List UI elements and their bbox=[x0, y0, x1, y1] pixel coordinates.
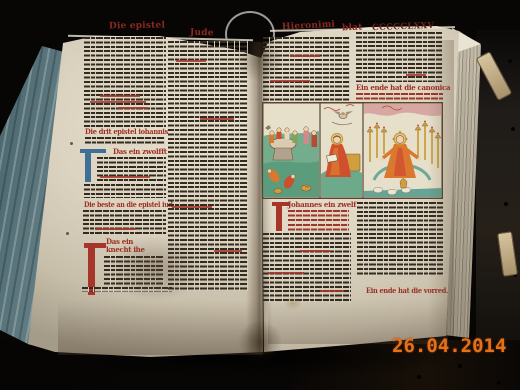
body-text-column bbox=[85, 137, 165, 146]
rubrication-mark bbox=[90, 101, 146, 103]
rubric-third-epistle: Die drit epistel iohannis bbox=[85, 128, 168, 136]
photo-scene: Die epistel Jude Die drit epistel iohann… bbox=[0, 0, 520, 390]
rubrication-mark bbox=[95, 228, 135, 230]
body-text-column bbox=[104, 256, 164, 290]
rubric-gloss-jude: Die beste an die epistel iud bbox=[84, 201, 173, 209]
rubrication-mark bbox=[200, 118, 234, 120]
woodcut-illustration bbox=[262, 102, 443, 199]
running-title-jude: Jude bbox=[190, 28, 214, 39]
pegboard-hole bbox=[504, 202, 508, 206]
rubrication-mark bbox=[118, 107, 148, 109]
camera-date-stamp: 26.04.2014 bbox=[392, 335, 514, 357]
page-bottom-shadow bbox=[58, 300, 263, 355]
wormhole-speck bbox=[70, 142, 73, 145]
rubrication-mark bbox=[290, 55, 320, 57]
rubric-text-lines bbox=[288, 210, 349, 231]
initial-letter-red bbox=[276, 205, 282, 231]
body-text-line bbox=[82, 287, 172, 292]
rubrication-mark bbox=[176, 60, 206, 62]
rubrication-mark bbox=[100, 176, 150, 178]
rubric-chapter-heading: Das ein zwolfft bbox=[113, 148, 167, 156]
body-text-column bbox=[83, 210, 166, 236]
body-text-column bbox=[84, 184, 166, 198]
rubrication-mark bbox=[172, 206, 212, 208]
pegboard-hole bbox=[417, 375, 421, 379]
woodcut-panel-feast-scene bbox=[263, 125, 319, 197]
page-edge-shadow bbox=[428, 40, 454, 336]
page-stain bbox=[284, 296, 302, 310]
pegboard-hole bbox=[511, 127, 515, 131]
rubrication-mark bbox=[100, 95, 140, 97]
rubrication-mark bbox=[214, 250, 242, 252]
pegboard-hole bbox=[497, 381, 501, 385]
rubrication-mark bbox=[268, 272, 304, 274]
body-text-column bbox=[263, 233, 351, 303]
initial-letter-blue bbox=[80, 149, 106, 153]
pegboard-hole bbox=[458, 364, 462, 368]
body-text-column bbox=[168, 41, 248, 291]
rubrication-mark bbox=[270, 80, 310, 82]
running-title-die-epistel: Die epistel bbox=[102, 20, 172, 31]
rubrication-mark bbox=[300, 250, 330, 252]
pegboard-hole bbox=[508, 59, 512, 63]
body-text-column bbox=[84, 37, 166, 127]
rubric-chapter-heading: Das ein knecht ihe bbox=[106, 238, 152, 255]
rubric-apocalypse-intro: Johannes ein zwelf bbox=[288, 201, 356, 209]
initial-letter-blue bbox=[85, 151, 91, 182]
body-text-column bbox=[263, 37, 350, 101]
rubrication-mark bbox=[320, 290, 344, 292]
rubrication-mark bbox=[406, 74, 426, 76]
wormhole-speck bbox=[66, 232, 69, 235]
